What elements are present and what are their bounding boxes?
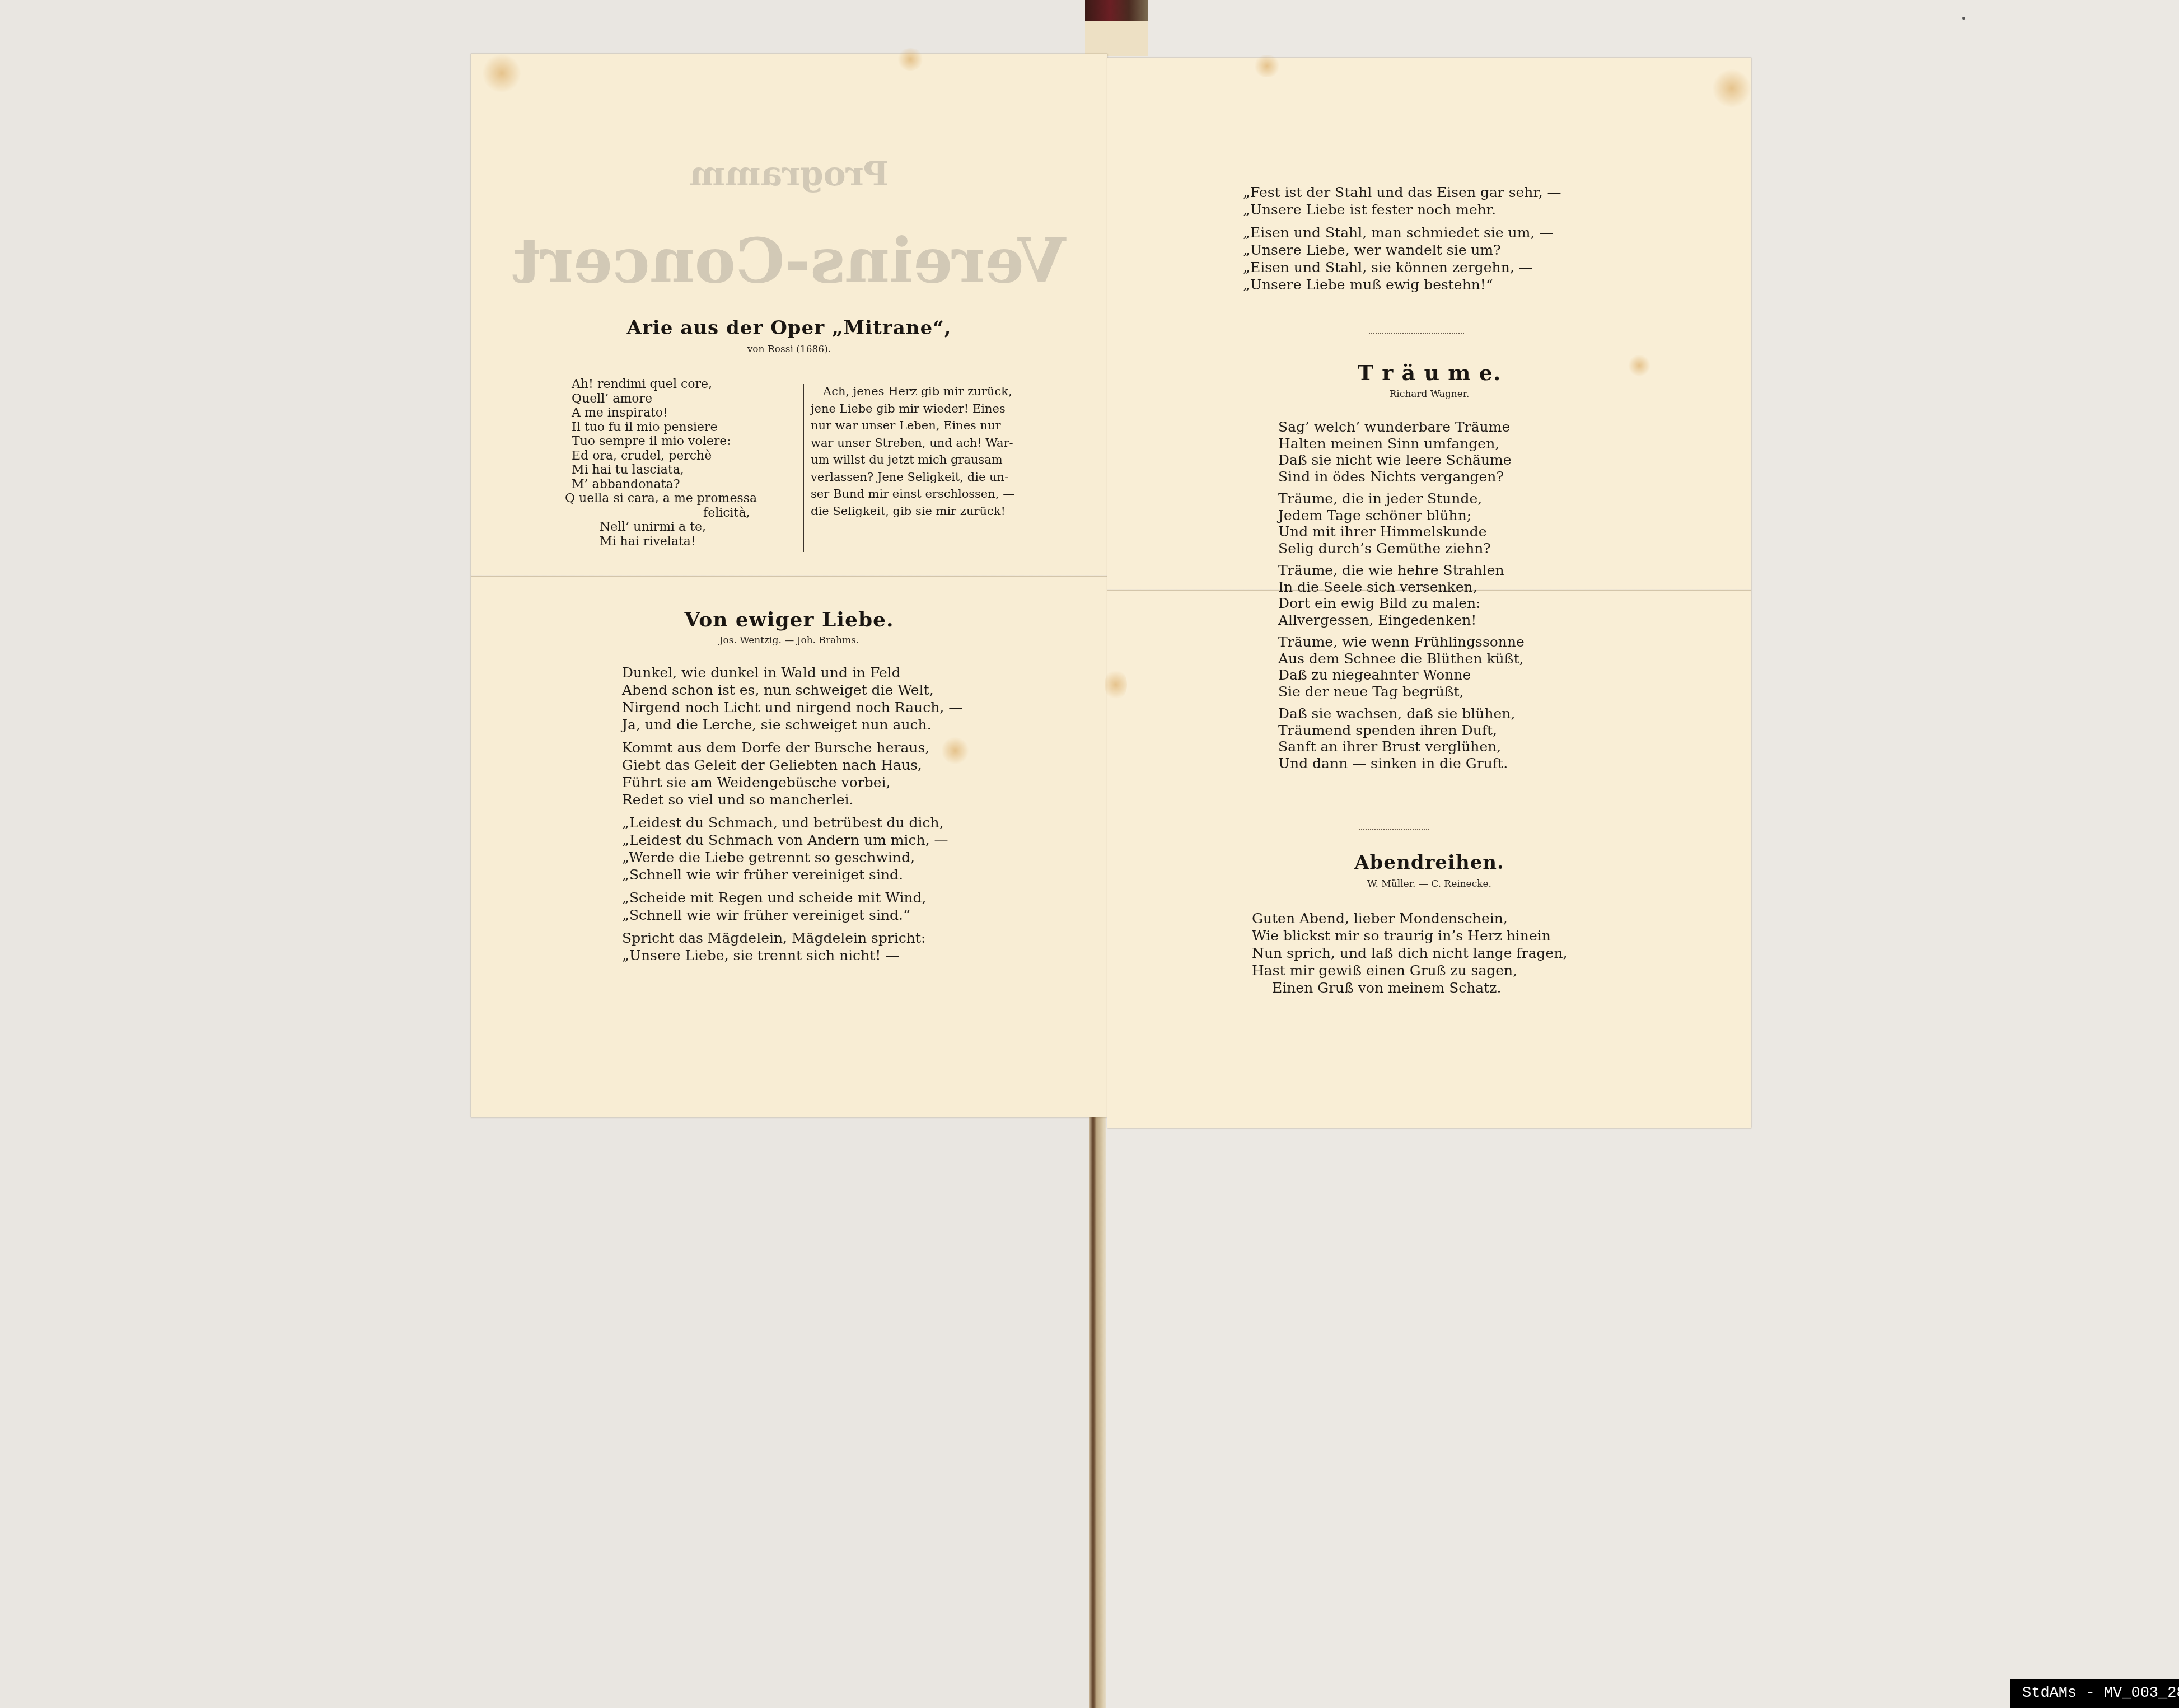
stanza: Dunkel, wie dunkel in Wald und in Feld A… [622, 664, 1014, 733]
stanza: Daß sie wachsen, daß sie blühen, Träumen… [1278, 705, 1614, 771]
column-divider [803, 384, 804, 552]
verse-line: M’ abbandonata? [572, 478, 796, 492]
stanza: Träume, die in jeder Stunde, Jedem Tage … [1278, 490, 1614, 556]
verse-line: Ed ora, crudel, perchè [572, 449, 796, 464]
verse-line: Dunkel, wie dunkel in Wald und in Feld [622, 664, 1014, 681]
verse-line: Halten meinen Sinn umfangen, [1278, 436, 1614, 452]
verse-line: Daß zu niegeahnter Wonne [1278, 667, 1614, 684]
verse-line: Träume, die wie hehre Strahlen [1278, 562, 1614, 579]
stanza: Spricht das Mägdelein, Mägdelein spricht… [622, 929, 1014, 964]
verse-line: „Unsere Liebe muß ewig bestehn!“ [1243, 276, 1635, 293]
foxing-stain [482, 54, 521, 93]
traeume-section: T r ä u m e. Richard Wagner. [1107, 360, 1751, 400]
verse-line: In die Seele sich versenken, [1278, 579, 1614, 596]
binding-spine [1085, 0, 1148, 21]
verse-line: Und mit ihrer Himmelskunde [1278, 523, 1614, 540]
paper-fold [471, 575, 1107, 577]
bleed-through-title: Vereins-Concert [471, 224, 1107, 297]
verse-line: Ach, jenes Herz gib mir zurück, [811, 383, 1029, 400]
verse-line: Redet so viel und so mancherlei. [622, 791, 1014, 808]
verse-line: Daß sie wachsen, daß sie blühen, [1278, 705, 1614, 722]
verse-line: Ah! rendimi quel core, [572, 377, 796, 392]
verse-line: „Unsere Liebe, wer wandelt sie um? [1243, 241, 1635, 259]
verse-line: jene Liebe gib mir wieder! Eines [811, 400, 1029, 418]
verse-line: Nun sprich, und laß dich nicht lange fra… [1252, 944, 1644, 962]
foxing-stain [1712, 69, 1751, 108]
verse-line: Dort ein ewig Bild zu malen: [1278, 595, 1614, 612]
abendreihen-text: Guten Abend, lieber Mondenschein, Wie bl… [1252, 910, 1644, 996]
section-ornament [1359, 826, 1429, 830]
abendreihen-subtitle: W. Müller. — C. Reinecke. [1107, 878, 1751, 890]
verse-line: „Scheide mit Regen und scheide mit Wind, [622, 889, 1014, 906]
verse-line: Spricht das Mägdelein, Mägdelein spricht… [622, 929, 1014, 947]
verse-line: A me inspirato! [572, 406, 796, 420]
aria-italian-text: Ah! rendimi quel core, Quell’ amore A me… [572, 377, 796, 549]
verse-line: Wie blickst mir so traurig in’s Herz hin… [1252, 927, 1644, 944]
stanza: „Leidest du Schmach, und betrübest du di… [622, 814, 1014, 883]
verse-line: „Werde die Liebe getrennt so geschwind, [622, 849, 1014, 866]
traeume-title: T r ä u m e. [1107, 360, 1751, 385]
verse-line: Träume, wie wenn Frühlingssonne [1278, 634, 1614, 651]
verse-line: Daß sie nicht wie leere Schäume [1278, 452, 1614, 469]
verse-line: „Unsere Liebe, sie trennt sich nicht! — [622, 947, 1014, 964]
verse-line: Und dann — sinken in die Gruft. [1278, 755, 1614, 772]
von-ewiger-liebe-text: Dunkel, wie dunkel in Wald und in Feld A… [622, 664, 1014, 970]
bleed-through-heading: Programm [471, 155, 1107, 194]
abendreihen-section: Abendreihen. W. Müller. — C. Reinecke. [1107, 851, 1751, 890]
verse-line: „Schnell wie wir früher vereiniget sind.… [622, 906, 1014, 924]
traeume-text: Sag’ welch’ wunderbare Träume Halten mei… [1278, 419, 1614, 777]
foxing-stain [1105, 668, 1127, 701]
von-ewiger-liebe-title: Von ewiger Liebe. [471, 608, 1107, 631]
verse-line: Tuo sempre il mio volere: [572, 434, 796, 449]
stanza: Sag’ welch’ wunderbare Träume Halten mei… [1278, 419, 1614, 485]
stanza: Träume, wie wenn Frühlingssonne Aus dem … [1278, 634, 1614, 700]
von-ewiger-liebe-continuation: „Fest ist der Stahl und das Eisen gar se… [1243, 184, 1635, 299]
abendreihen-title: Abendreihen. [1107, 851, 1751, 874]
foxing-stain [896, 48, 924, 71]
verse-line: „Schnell wie wir früher vereiniget sind. [622, 866, 1014, 883]
stanza: Träume, die wie hehre Strahlen In die Se… [1278, 562, 1614, 628]
verse-line: Träumend spenden ihren Duft, [1278, 722, 1614, 739]
verse-line: Ja, und die Lerche, sie schweiget nun au… [622, 716, 1014, 733]
left-page: Programm Vereins-Concert Arie aus der Op… [471, 54, 1107, 1117]
verse-line: um willst du jetzt mich grausam [811, 451, 1029, 469]
verse-line: Aus dem Schnee die Blüthen küßt, [1278, 651, 1614, 667]
verse-line: Hast mir gewiß einen Gruß zu sagen, [1252, 962, 1644, 979]
aria-title: Arie aus der Oper „Mitrane“, [471, 317, 1107, 339]
speck [1962, 17, 1965, 20]
verse-line: Mi hai rivelata! [600, 535, 796, 549]
verse-line: „Eisen und Stahl, sie können zergehn, — [1243, 259, 1635, 276]
traeume-subtitle: Richard Wagner. [1107, 389, 1751, 400]
aria-german-text: Ach, jenes Herz gib mir zurück, jene Lie… [811, 383, 1029, 520]
verse-line: Mi hai tu lasciata, [572, 463, 796, 478]
von-ewiger-liebe-section: Von ewiger Liebe. Jos. Wentzig. — Joh. B… [471, 608, 1107, 646]
binding-gutter [1089, 1117, 1106, 1708]
verse-line: Selig durch’s Gemüthe ziehn? [1278, 540, 1614, 557]
verse-line: „Leidest du Schmach, und betrübest du di… [622, 814, 1014, 831]
verse-line: „Fest ist der Stahl und das Eisen gar se… [1243, 184, 1635, 201]
foxing-stain [1253, 55, 1281, 77]
verse-line: Sind in ödes Nichts vergangen? [1278, 469, 1614, 485]
aria-section: Arie aus der Oper „Mitrane“, von Rossi (… [471, 317, 1107, 355]
verse-line: Jedem Tage schöner blühn; [1278, 507, 1614, 524]
verse-line: felicità, [703, 506, 796, 521]
von-ewiger-liebe-subtitle: Jos. Wentzig. — Joh. Brahms. [471, 635, 1107, 646]
verse-line: Sie der neue Tag begrüßt, [1278, 684, 1614, 700]
verse-line: Nirgend noch Licht und nirgend noch Rauc… [622, 699, 1014, 716]
aria-subtitle: von Rossi (1686). [471, 344, 1107, 355]
verse-line: „Unsere Liebe ist fester noch mehr. [1243, 201, 1635, 218]
verse-line: Sag’ welch’ wunderbare Träume [1278, 419, 1614, 436]
verse-line: war unser Streben, und ach! War- [811, 434, 1029, 452]
verse-line: „Leidest du Schmach von Andern um mich, … [622, 831, 1014, 849]
verse-line: die Seligkeit, gib sie mir zurück! [811, 503, 1029, 520]
verse-line: ser Bund mir einst erschlossen, — [811, 485, 1029, 503]
verse-line: verlassen? Jene Seligkeit, die un- [811, 469, 1029, 486]
archive-label: StdAMs - MV_003_288 [2010, 1679, 2179, 1708]
verse-line: Nell’ unirmi a te, [600, 520, 796, 535]
right-page: „Fest ist der Stahl und das Eisen gar se… [1107, 58, 1751, 1128]
verse-line: Giebt das Geleit der Geliebten nach Haus… [622, 756, 1014, 774]
verse-line: Quell’ amore [572, 392, 796, 406]
stanza: „Scheide mit Regen und scheide mit Wind,… [622, 889, 1014, 924]
stanza: „Eisen und Stahl, man schmiedet sie um, … [1243, 224, 1635, 293]
binding-tab [1085, 21, 1148, 56]
verse-line: Il tuo fu il mio pensiere [572, 420, 796, 435]
verse-line: Sanft an ihrer Brust verglühen, [1278, 738, 1614, 755]
verse-line: „Eisen und Stahl, man schmiedet sie um, … [1243, 224, 1635, 241]
verse-line: Allvergessen, Eingedenken! [1278, 612, 1614, 629]
verse-line: Kommt aus dem Dorfe der Bursche heraus, [622, 739, 1014, 756]
verse-line: Guten Abend, lieber Mondenschein, [1252, 910, 1644, 927]
verse-line: Führt sie am Weidengebüsche vorbei, [622, 774, 1014, 791]
verse-line: Träume, die in jeder Stunde, [1278, 490, 1614, 507]
verse-line: Q uella si cara, a me promessa [565, 492, 796, 506]
section-ornament [1369, 329, 1464, 334]
stanza: Kommt aus dem Dorfe der Bursche heraus, … [622, 739, 1014, 808]
verse-line: nur war unser Leben, Eines nur [811, 417, 1029, 434]
verse-line: Einen Gruß von meinem Schatz. [1252, 979, 1644, 996]
stanza: „Fest ist der Stahl und das Eisen gar se… [1243, 184, 1635, 218]
verse-line: Abend schon ist es, nun schweiget die We… [622, 681, 1014, 699]
